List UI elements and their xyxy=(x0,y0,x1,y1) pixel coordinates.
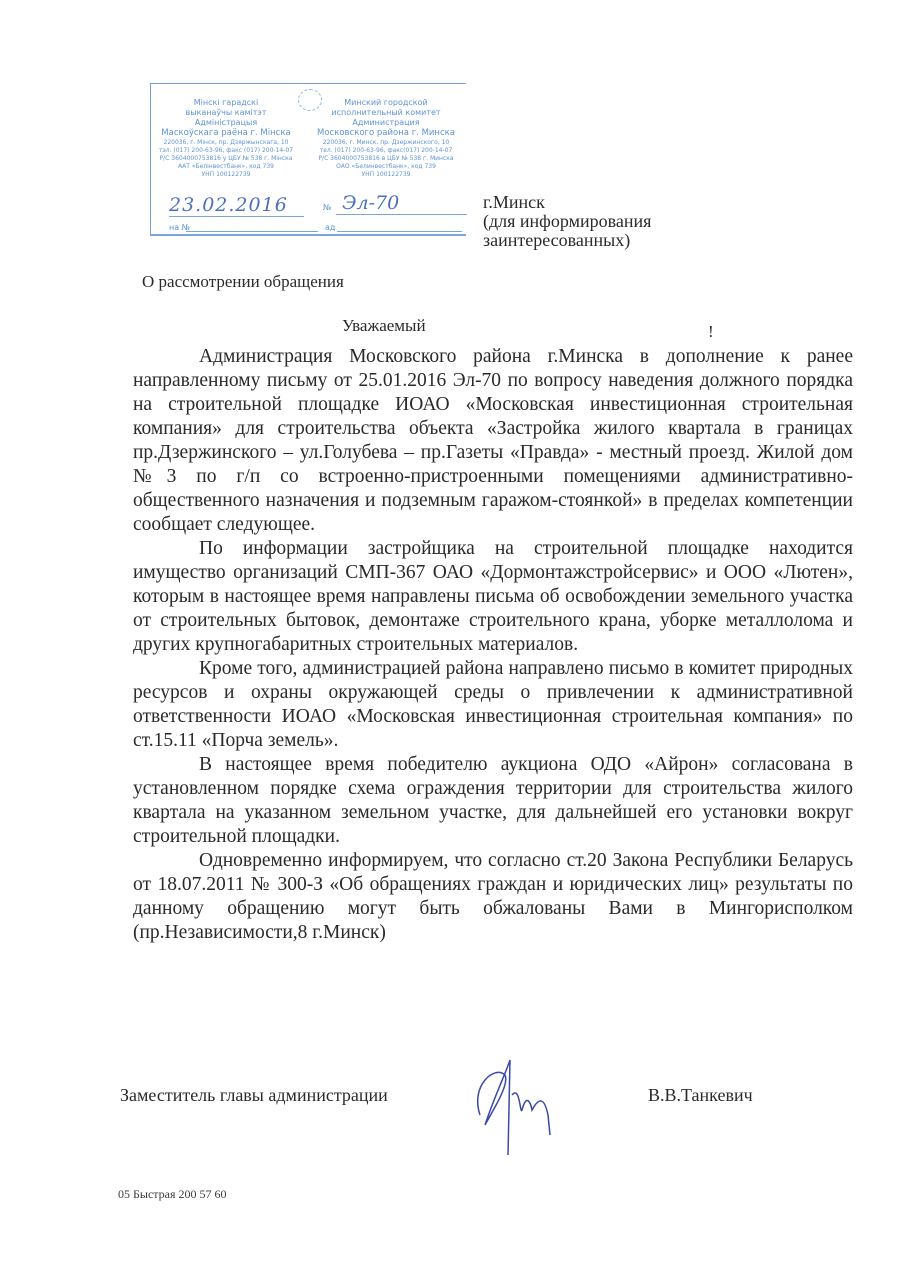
stamp-date: 23.02.2016 xyxy=(169,194,304,217)
letter-subject: О рассмотрении обращения xyxy=(142,272,344,292)
stamp-number: Эл-70 xyxy=(336,192,467,215)
stamp-line: выканаўчы камітэт xyxy=(151,108,301,118)
stamp-belarusian-column: Мінскі гарадскі выканаўчы камітэт Адміні… xyxy=(151,98,301,179)
signatory-name: В.В.Танкевич xyxy=(648,1085,753,1106)
stamp-district: Московского района г. Минска xyxy=(311,128,461,139)
stamp-line: Мінскі гарадскі xyxy=(151,98,301,108)
addressee-block: г.Минск (для информирования заинтересова… xyxy=(483,193,651,250)
stamp-ad-label: ад xyxy=(325,223,335,232)
stamp-detail: Р/С 3604000753816 у ЦБУ № 538 г. Мінска xyxy=(151,155,301,163)
signatory-title: Заместитель главы администрации xyxy=(120,1085,388,1106)
stamp-line: Адміністрацыя xyxy=(151,118,301,128)
stamp-number-label: № xyxy=(323,203,331,212)
stamp-detail: УНП 100122739 xyxy=(311,171,461,179)
stamp-detail: УНП 100122739 xyxy=(151,171,301,179)
salutation-exclamation: ! xyxy=(708,322,714,342)
body-paragraph: По информации застройщика на строительно… xyxy=(133,537,853,657)
body-paragraph: Кроме того, администрацией района направ… xyxy=(133,657,853,753)
body-paragraph: В настоящее время победителю аукциона ОД… xyxy=(133,753,853,849)
addressee-city: г.Минск xyxy=(483,193,651,212)
body-paragraph: Администрация Московского района г.Минск… xyxy=(133,345,853,537)
stamp-detail: тэл. (017) 200-63-96, факс (017) 200-14-… xyxy=(151,147,301,155)
stamp-detail: 220036, г. Минск, пр. Дзержинского, 10 xyxy=(311,139,461,147)
stamp-ref-line xyxy=(186,231,318,232)
executor-note: 05 Быстрая 200 57 60 xyxy=(118,1187,227,1202)
addressee-line: заинтересованных) xyxy=(483,231,651,250)
salutation: Уважаемый xyxy=(342,316,426,336)
stamp-detail: тел. (017) 200-63-96, факс(017) 200-14-0… xyxy=(311,147,461,155)
body-paragraph: Одновременно информируем, что согласно с… xyxy=(133,849,853,945)
stamp-ad-line xyxy=(337,231,462,232)
addressee-line: (для информирования xyxy=(483,212,651,231)
stamp-russian-column: Минский городской исполнительный комитет… xyxy=(311,98,461,179)
stamp-detail: ОАО «Белинвестбанк», код 739 xyxy=(311,163,461,171)
stamp-detail: Р/С 3604000753816 в ЦБУ № 538 г. Минска xyxy=(311,155,461,163)
stamp-line: Минский городской xyxy=(311,98,461,108)
stamp-district: Маскоўскага раёна г. Мінска xyxy=(151,128,301,139)
registration-stamp: Мінскі гарадскі выканаўчы камітэт Адміні… xyxy=(150,83,466,236)
letter-body: Администрация Московского района г.Минск… xyxy=(133,345,853,945)
stamp-line: Администрация xyxy=(311,118,461,128)
handwritten-signature-icon xyxy=(450,1055,580,1165)
stamp-detail: ААТ «Белінвестбанк», код 739 xyxy=(151,163,301,171)
stamp-line: исполнительный комитет xyxy=(311,108,461,118)
stamp-detail: 220036, г. Мінск, пр. Дзяржынскага, 10 xyxy=(151,139,301,147)
